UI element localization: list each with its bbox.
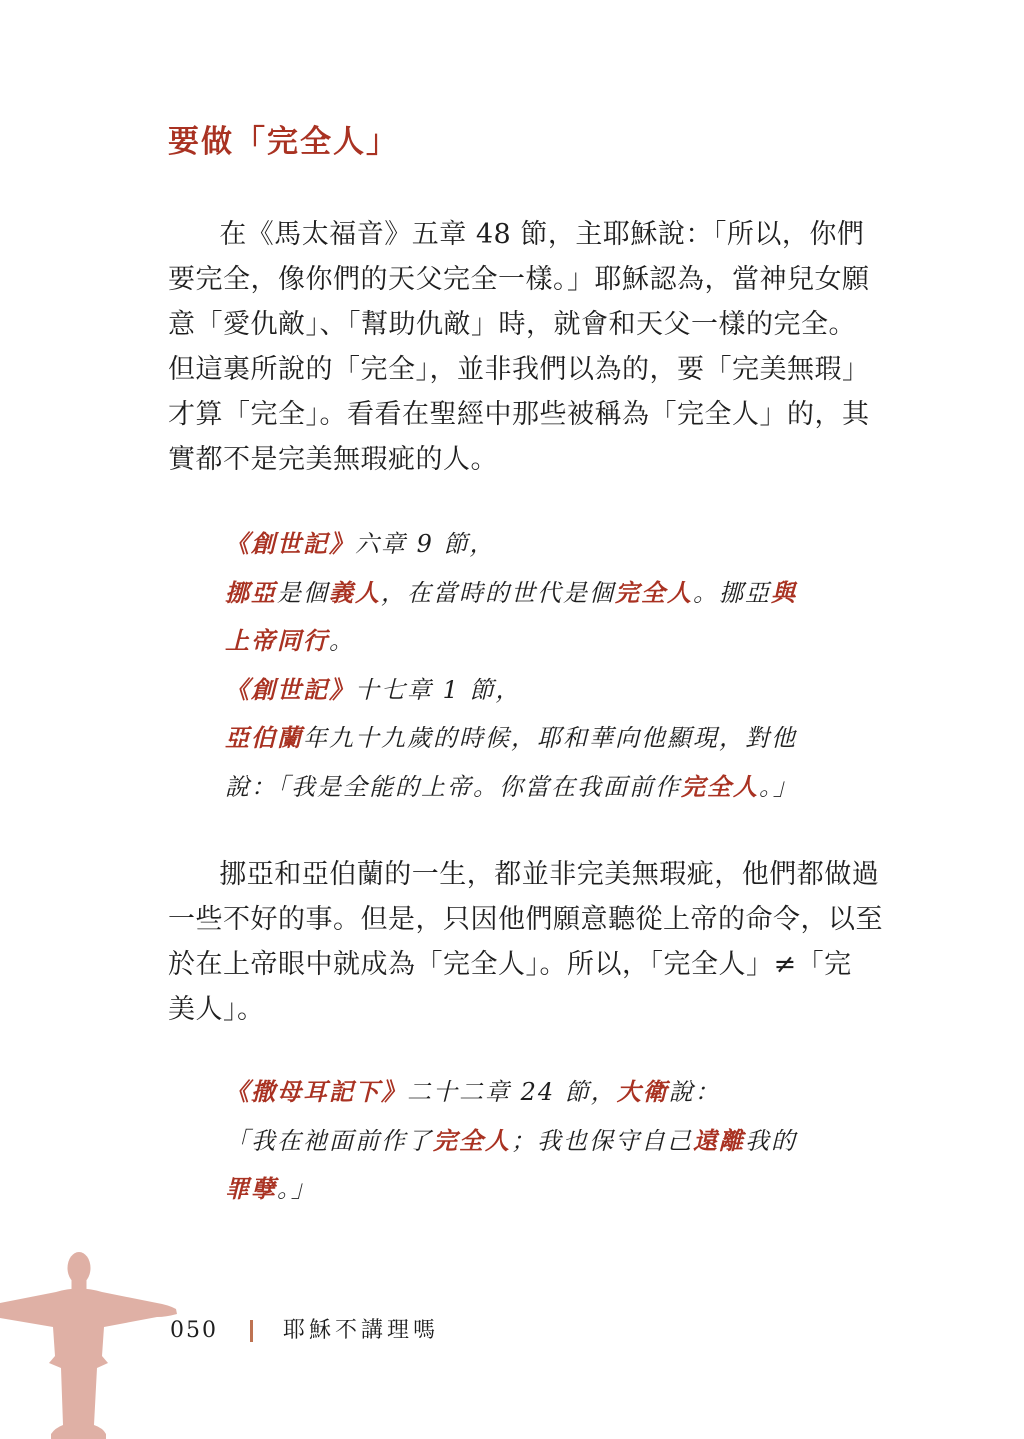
scripture-quote-samuel: 《撒母耳記下》二十二章 24 節，大衛說：「我在祂面前作了完全人；我也保守自己遠…: [225, 1068, 875, 1214]
quote-text: ，在當時的世代是個: [381, 579, 615, 607]
text-line: 於在上帝眼中就成為「完全人」。所以，「完全人」≠「完: [168, 942, 868, 987]
text-line: 要完全，像你們的天父完全一樣。」耶穌認為，當神兒女願: [168, 257, 868, 302]
quote-text: 。: [329, 627, 355, 655]
text-line: 挪亞和亞伯蘭的一生，都並非完美無瑕疵，他們都做過: [168, 852, 868, 897]
highlighted-term: 遠離: [693, 1126, 745, 1155]
book-title: 耶穌不講理嗎: [283, 1316, 439, 1346]
quote-line: 「我在祂面前作了完全人；我也保守自己遠離我的: [225, 1117, 875, 1166]
body-paragraph-2: 挪亞和亞伯蘭的一生，都並非完美無瑕疵，他們都做過一些不好的事。但是，只因他們願意…: [168, 852, 868, 1032]
quote-text: 十七章 1 節，: [355, 676, 522, 704]
quote-text: 年九十九歲的時候，耶和華向他顯現，對他: [303, 724, 797, 752]
quote-text: 「我在祂面前作了: [225, 1127, 433, 1155]
quote-line: 《撒母耳記下》二十二章 24 節，大衛說：: [225, 1068, 875, 1117]
text-line: 實都不是完美無瑕疵的人。: [168, 437, 868, 482]
scripture-quote-genesis: 《創世記》六章 9 節，挪亞是個義人，在當時的世代是個完全人。挪亞與上帝同行。《…: [225, 520, 875, 811]
highlighted-term: 上帝同行: [225, 626, 329, 655]
quote-text: ；我也保守自己: [511, 1127, 693, 1155]
highlighted-term: 罪孽: [225, 1174, 277, 1203]
highlighted-term: 完全人: [615, 578, 693, 607]
quote-line: 《創世記》十七章 1 節，: [225, 666, 875, 715]
quote-text: 六章 9 節，: [355, 530, 496, 558]
highlighted-term: 亞伯蘭: [225, 723, 303, 752]
highlighted-term: 義人: [329, 578, 381, 607]
highlighted-term: 《撒母耳記下》: [225, 1077, 407, 1106]
quote-text: 說：「我是全能的上帝。你當在我面前作: [225, 773, 681, 801]
quote-text: 。」: [277, 1175, 317, 1203]
quote-text: 二十二章 24 節，: [407, 1078, 617, 1106]
highlighted-term: 《創世記》: [225, 529, 355, 558]
quote-line: 亞伯蘭年九十九歲的時候，耶和華向他顯現，對他: [225, 714, 875, 763]
quote-line: 罪孽。」: [225, 1165, 875, 1214]
highlighted-term: 《創世記》: [225, 675, 355, 704]
text-line: 意「愛仇敵」、「幫助仇敵」時，就會和天父一樣的完全。: [168, 302, 868, 347]
quote-text: 說：: [669, 1078, 721, 1106]
highlighted-term: 大衛: [617, 1077, 669, 1106]
quote-line: 上帝同行。: [225, 617, 875, 666]
christ-redeemer-statue-icon: [0, 1248, 180, 1439]
highlighted-term: 挪亞: [225, 578, 277, 607]
text-line: 但這裏所說的「完全」，並非我們以為的，要「完美無瑕」: [168, 347, 868, 392]
highlighted-term: 完全人: [433, 1126, 511, 1155]
chapter-title: 要做「完全人」: [168, 124, 399, 160]
quote-text: 我的: [745, 1127, 797, 1155]
quote-line: 《創世記》六章 9 節，: [225, 520, 875, 569]
quote-text: 。」: [759, 773, 799, 801]
text-line: 一些不好的事。但是，只因他們願意聽從上帝的命令，以至: [168, 897, 868, 942]
text-line: 才算「完全」。看看在聖經中那些被稱為「完全人」的，其: [168, 392, 868, 437]
body-paragraph-1: 在《馬太福音》五章 48 節，主耶穌說：「所以，你們要完全，像你們的天父完全一樣…: [168, 212, 868, 482]
text-line: 在《馬太福音》五章 48 節，主耶穌說：「所以，你們: [168, 212, 868, 257]
highlighted-term: 與: [771, 578, 797, 607]
quote-text: 。挪亞: [693, 579, 771, 607]
quote-line: 說：「我是全能的上帝。你當在我面前作完全人。」: [225, 763, 875, 812]
quote-line: 挪亞是個義人，在當時的世代是個完全人。挪亞與: [225, 569, 875, 618]
footer-divider: [250, 1320, 253, 1342]
page-footer: 050 耶穌不講理嗎: [170, 1316, 439, 1346]
book-page: 要做「完全人」 在《馬太福音》五章 48 節，主耶穌說：「所以，你們要完全，像你…: [0, 0, 1024, 1439]
quote-text: 是個: [277, 579, 329, 607]
highlighted-term: 完全人: [681, 772, 759, 801]
text-line: 美人」。: [168, 987, 868, 1032]
